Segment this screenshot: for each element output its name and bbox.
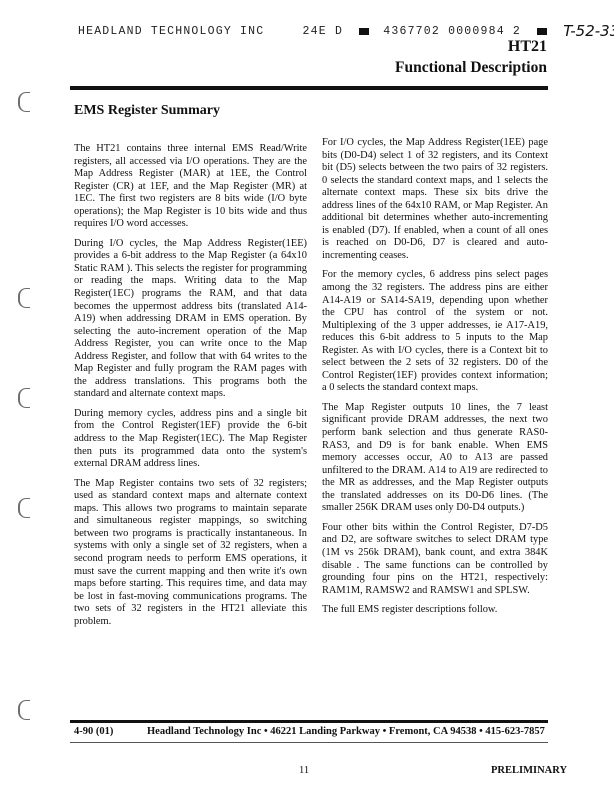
header-rule	[70, 86, 548, 90]
punch-hole-icon	[18, 288, 30, 308]
punch-hole-icon	[18, 388, 30, 408]
paragraph: For the memory cycles, 6 address pins se…	[322, 269, 548, 394]
paragraph: The HT21 contains three internal EMS Rea…	[74, 143, 307, 231]
stamp-handwritten-code: T-52-33-01	[563, 22, 614, 40]
punch-hole-icon	[18, 92, 30, 112]
paragraph: Four other bits within the Control Regis…	[322, 522, 548, 597]
status-label: PRELIMINARY	[491, 765, 567, 776]
section-title: EMS Register Summary	[74, 103, 220, 119]
paragraph: During memory cycles, address pins and a…	[74, 408, 307, 471]
punch-hole-icon	[18, 498, 30, 518]
stamp-block-icon	[359, 28, 369, 35]
paragraph: The full EMS register descriptions follo…	[322, 604, 548, 617]
punch-hole-icon	[18, 700, 30, 720]
paragraph: The Map Register outputs 10 lines, the 7…	[322, 402, 548, 515]
document-subtitle: Functional Description	[395, 59, 547, 77]
paragraph: The Map Register contains two sets of 32…	[74, 478, 307, 629]
left-column: The HT21 contains three internal EMS Rea…	[74, 143, 307, 635]
stamp-company: HEADLAND TECHNOLOGY INC	[78, 25, 264, 38]
document-title: HT21	[508, 38, 547, 56]
footer-revision: 4-90 (01)	[74, 726, 113, 737]
page-number: 11	[299, 765, 309, 776]
footer-rule	[70, 720, 548, 723]
right-column: For I/O cycles, the Map Address Register…	[322, 137, 548, 624]
paragraph: For I/O cycles, the Map Address Register…	[322, 137, 548, 262]
footer-address: Headland Technology Inc • 46221 Landing …	[147, 726, 545, 737]
paragraph: During I/O cycles, the Map Address Regis…	[74, 238, 307, 401]
stamp-code1: 24E D	[303, 25, 344, 38]
stamp-block-icon	[537, 28, 547, 35]
footer-rule-thin	[70, 742, 548, 743]
stamp-code2: 4367702 0000984 2	[383, 25, 521, 38]
